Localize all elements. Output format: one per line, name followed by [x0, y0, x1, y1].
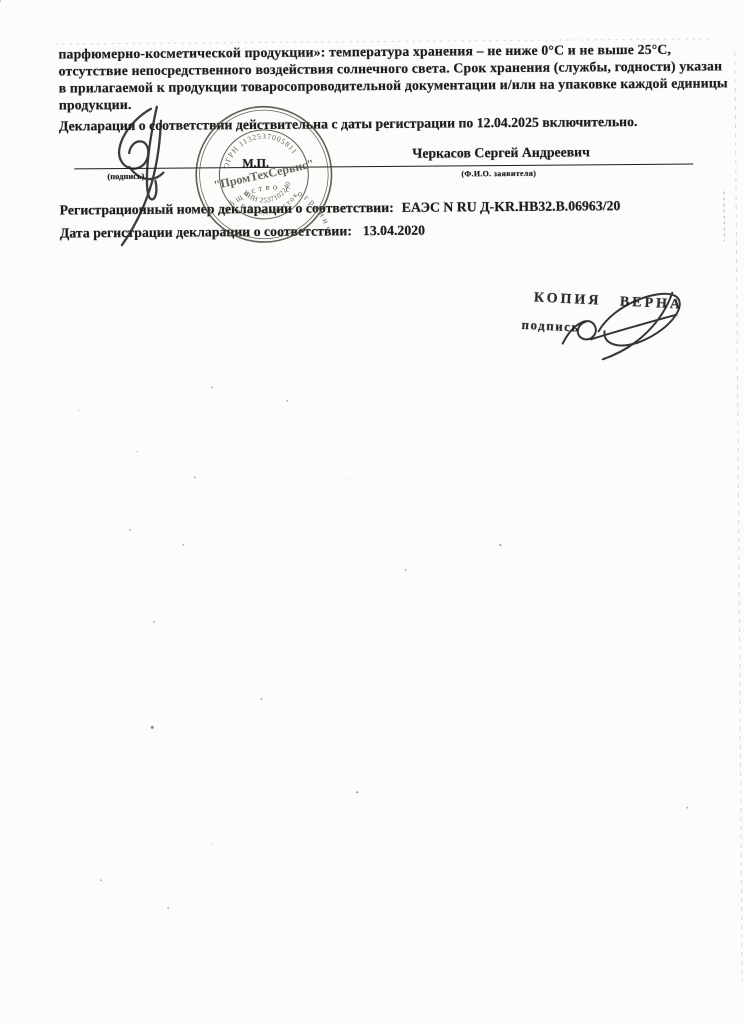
scan-speck — [404, 569, 406, 571]
registration-number-value: ЕАЭС N RU Д-KR.НВ32.В.06963/20 — [402, 198, 621, 215]
handwritten-signature — [99, 102, 200, 253]
scanned-document-page: парфюмерно-косметической продукции»: тем… — [0, 0, 744, 1024]
applicant-name: Черкасов Сергей Андреевич — [412, 144, 590, 161]
scan-speck — [286, 400, 288, 402]
scan-speck — [356, 791, 358, 793]
applicant-name-caption: (Ф.И.О. заявителя) — [461, 169, 536, 179]
scan-speck — [78, 409, 79, 411]
scan-speck — [499, 544, 501, 546]
scan-artifact-vertical-line — [724, 191, 725, 241]
document-scan-content: парфюмерно-косметической продукции»: тем… — [0, 0, 744, 1024]
company-round-stamp: Общество с ограниченной ответственностью… — [177, 88, 350, 261]
scan-speck — [167, 907, 169, 909]
copy-handwritten-signature — [554, 281, 695, 367]
scan-speck — [100, 879, 102, 881]
scan-speck — [349, 479, 350, 480]
scan-speck — [151, 726, 154, 729]
scan-artifact-edge-line — [734, 52, 742, 982]
scan-speck — [211, 386, 213, 388]
scan-speck — [260, 698, 262, 700]
scan-speck — [153, 621, 155, 623]
scan-speck — [182, 544, 184, 546]
scan-speck — [0, 0, 1, 2]
scan-speck — [686, 807, 688, 809]
scan-speck — [194, 476, 196, 478]
scan-speck — [136, 451, 138, 452]
scan-speck — [129, 529, 131, 531]
registration-date-value: 13.04.2020 — [363, 223, 425, 238]
scan-speck — [212, 843, 213, 845]
